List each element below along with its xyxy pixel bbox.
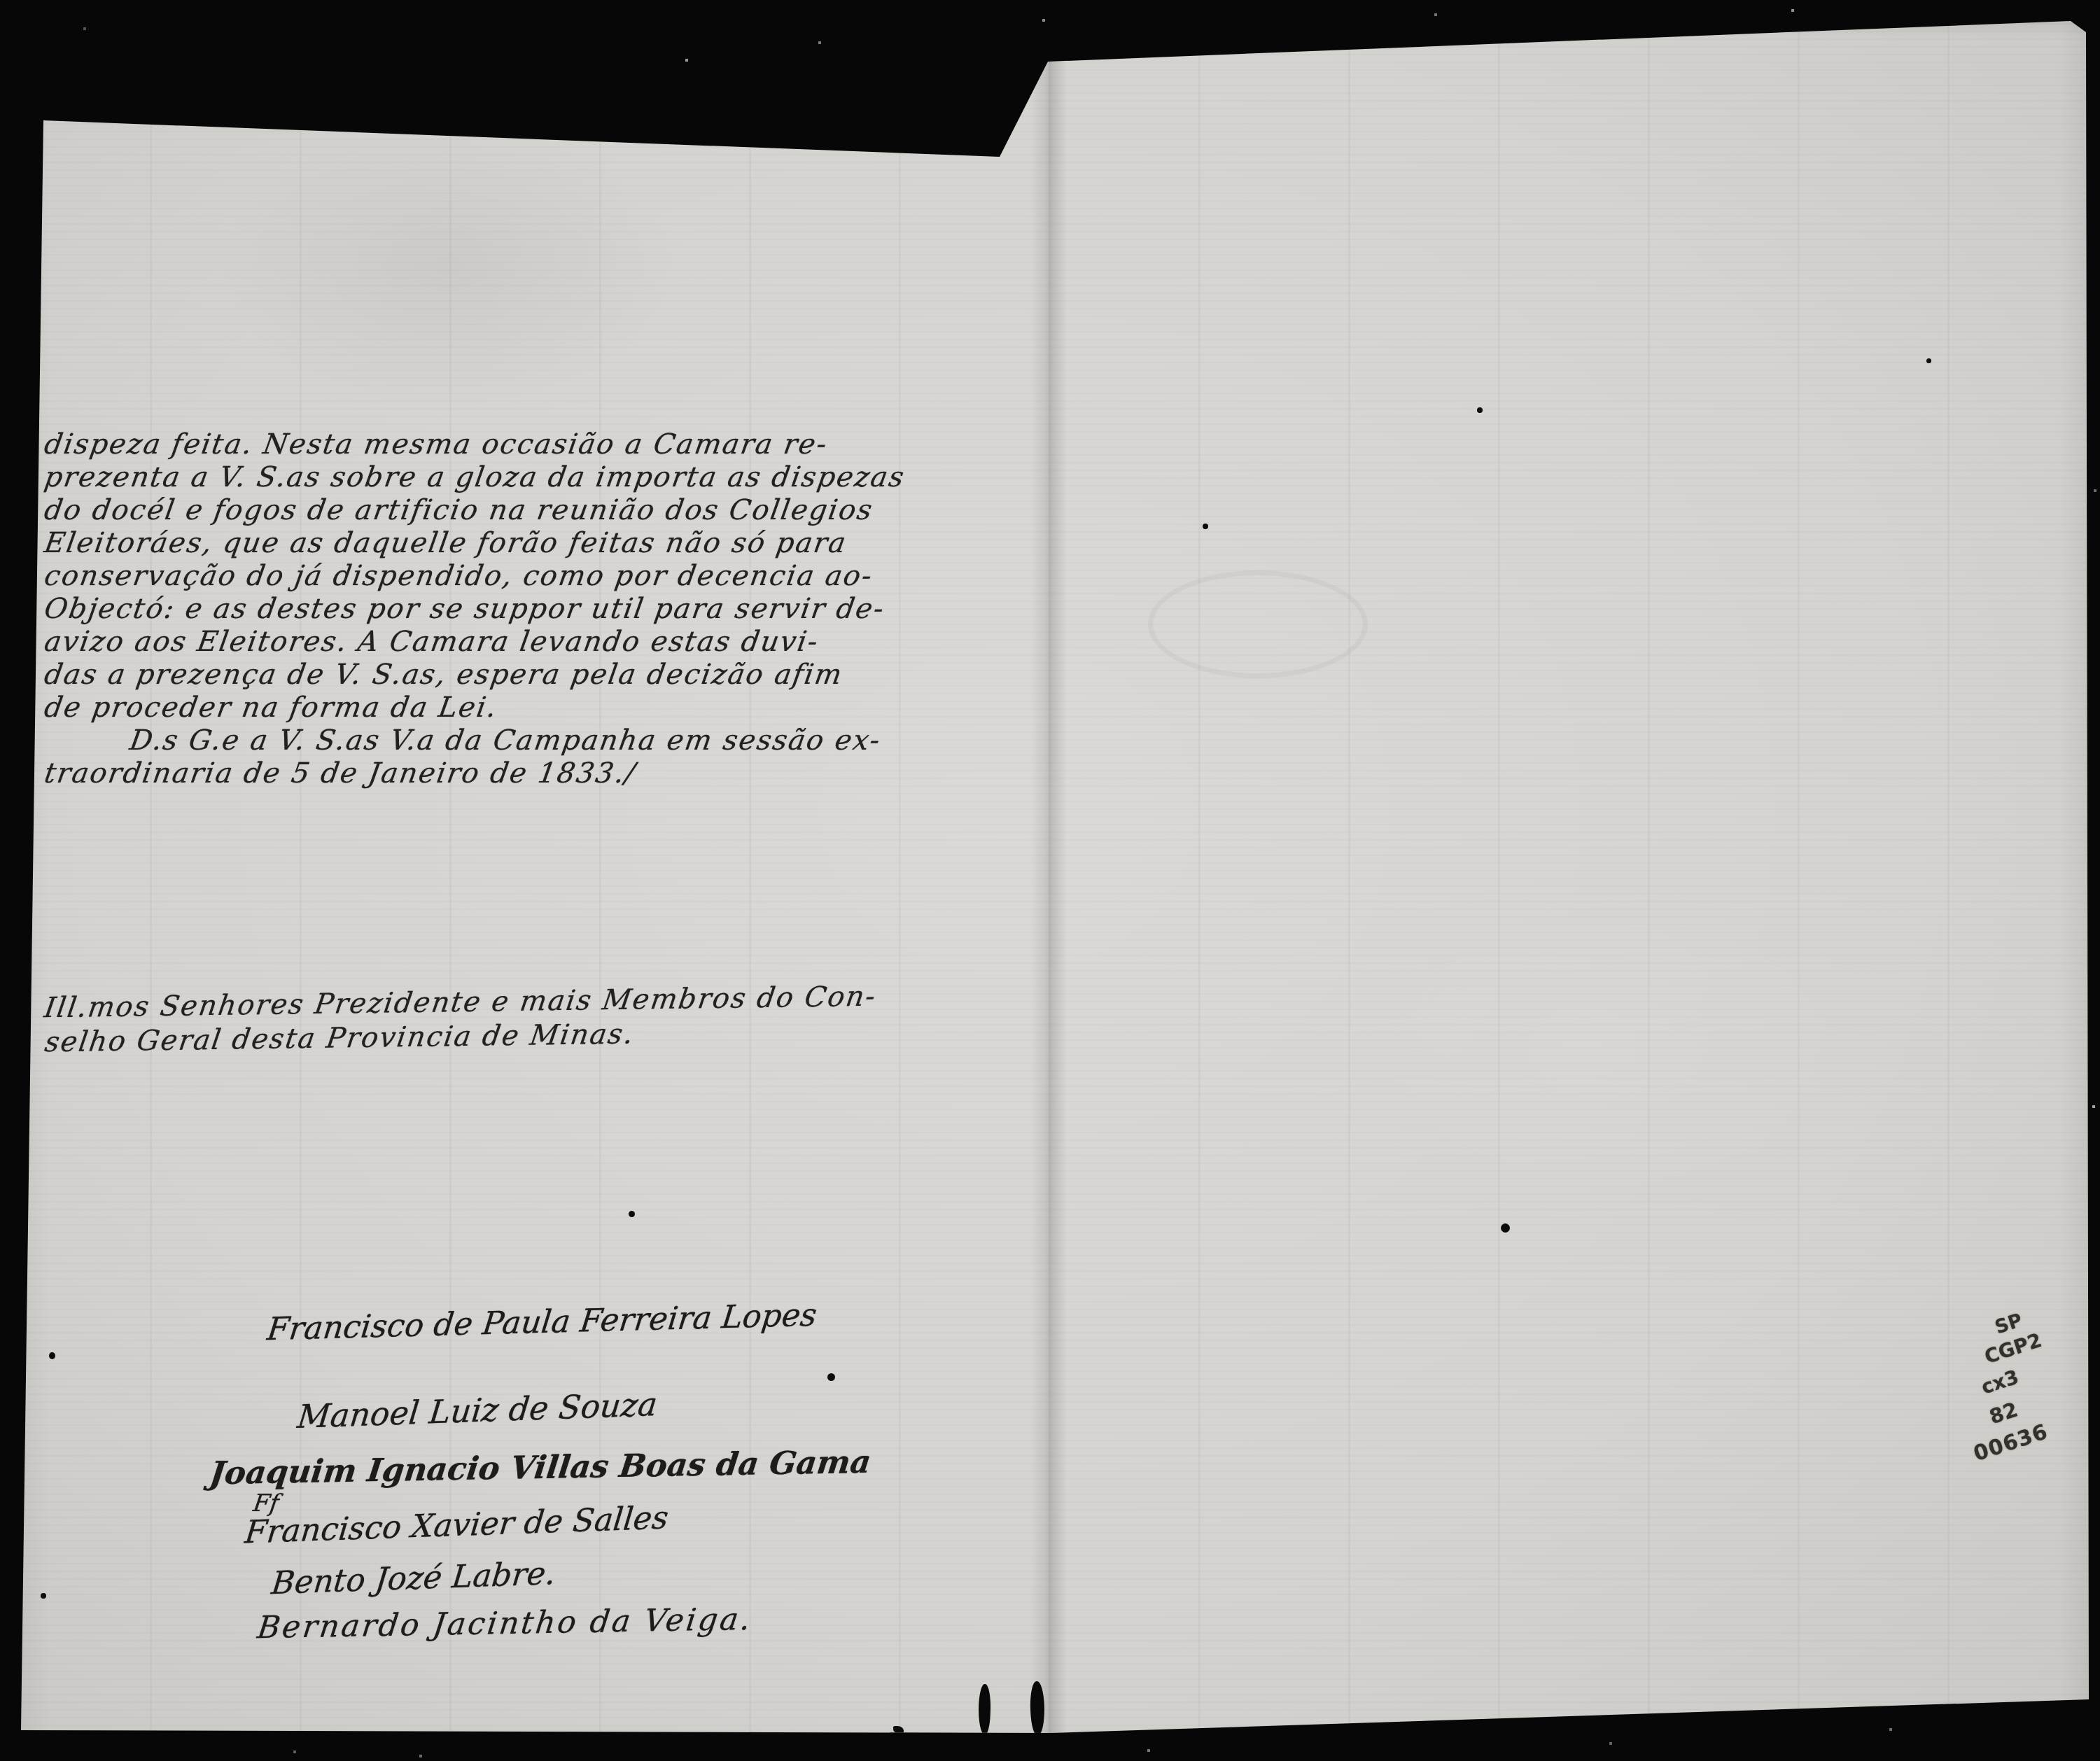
archival-reference-note: SP CGP2 cx3 82 00636: [1973, 1313, 2100, 1474]
signature-francisco-de-paula-ferreira-lopes: Francisco de Paula Ferreira Lopes: [265, 1296, 819, 1348]
letter-address: Ill.mos Senhores Prezidente e mais Membr…: [41, 980, 882, 1060]
archival-note-line: cx3: [1978, 1365, 2022, 1398]
manuscript-line: do docél e fogos de artificio na reunião…: [42, 494, 880, 527]
manuscript-line: Eleitoráes, que as daquelle forão feitas…: [42, 527, 880, 560]
manuscript-line: Objectó: e as destes por se suppor util …: [42, 593, 880, 626]
archival-note-line: 82: [1987, 1398, 2021, 1429]
film-dust-specks: [0, 0, 1, 1]
signature-bento-joze-labre: Bento Jozé Labre.: [269, 1555, 557, 1601]
signature-manoel-luiz-de-souza: Manoel Luiz de Souza: [295, 1385, 659, 1436]
manuscript-line-dateline: traordinaria de 5 de Janeiro de 1833./: [42, 757, 880, 790]
manuscript-line: prezenta a V. S.as sobre a gloza da impo…: [42, 461, 880, 494]
manuscript-line: conservação do já dispendido, como por d…: [42, 560, 880, 593]
page-fold-shadow: [1030, 56, 1067, 1736]
ink-speck: [629, 1211, 635, 1217]
ink-speck: [41, 1593, 46, 1599]
paper-spread: dispeza feita. Nesta mesma occasião a Ca…: [0, 0, 2100, 1761]
letter-body: dispeza feita. Nesta mesma occasião a Ca…: [42, 428, 875, 790]
manuscript-line: de proceder na forma da Lei.: [42, 692, 880, 724]
ink-blot: [978, 1684, 992, 1735]
archival-note-line: CGP2: [1982, 1328, 2045, 1368]
ink-speck: [1203, 524, 1208, 529]
signature-bernardo-jacintho-da-veiga: Bernardo Jacintho da Veiga.: [255, 1601, 755, 1646]
signature-francisco-xavier-de-salles: Francisco Xavier de Salles: [243, 1499, 670, 1550]
archival-note-line: 00636: [1970, 1419, 2051, 1466]
manuscript-line: avizo aos Eleitores. A Camara levando es…: [42, 626, 880, 659]
manuscript-line: das a prezença de V. S.as, espera pela d…: [42, 659, 880, 692]
ink-speck: [893, 1726, 904, 1734]
manuscript-line: dispeza feita. Nesta mesma occasião a Ca…: [42, 428, 880, 461]
signature-joaquim-ignacio-villas-boas-da-gama: Joaquim Ignacio Villas Boas da Gama: [208, 1443, 873, 1492]
ink-speck: [49, 1352, 55, 1359]
ink-speck: [1926, 358, 1931, 363]
ink-speck: [1501, 1223, 1510, 1233]
ink-speck: [1477, 407, 1483, 413]
scanned-document: dispeza feita. Nesta mesma occasião a Ca…: [0, 0, 2100, 1761]
manuscript-line-dateline: D.s G.e a V. S.as V.a da Campanha em ses…: [42, 724, 880, 757]
paper-watermark: [1148, 570, 1368, 678]
ink-speck: [827, 1373, 835, 1381]
